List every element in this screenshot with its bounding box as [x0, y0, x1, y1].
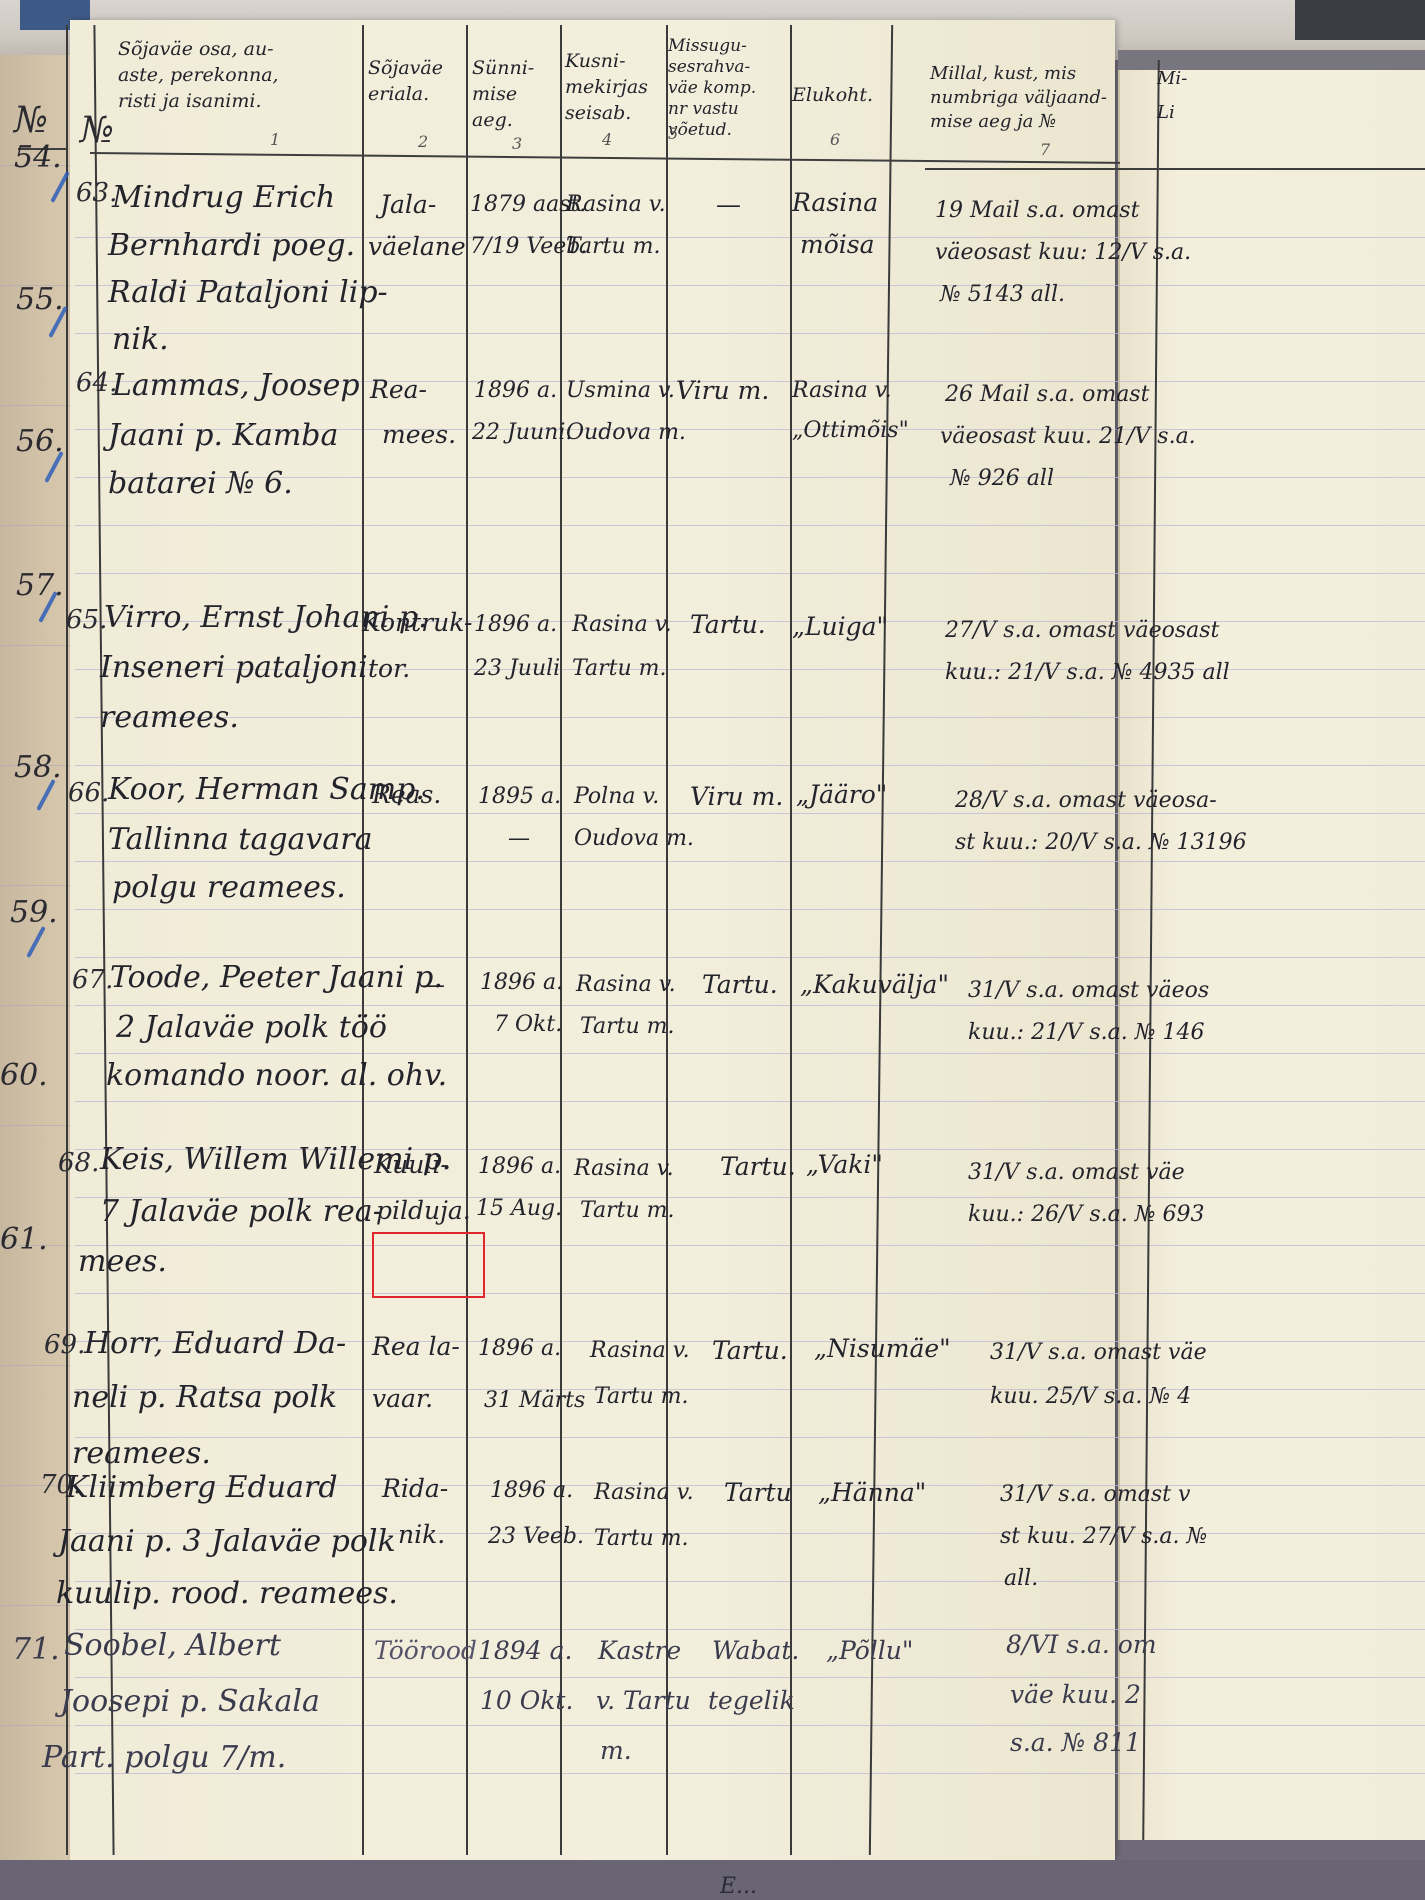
issued-info: № 926 all — [950, 466, 1054, 491]
row-number: 65. — [66, 605, 107, 635]
name-line: Horr, Eduard Da- — [84, 1326, 346, 1361]
specialty: pilduja. — [376, 1196, 471, 1225]
header-col3-number: 3 — [512, 134, 522, 153]
issued-info: 31/V s.a. omast väeos — [968, 978, 1209, 1003]
specialty: Reas. — [372, 780, 441, 809]
row-number: 66. — [68, 778, 109, 808]
listed-in: Oudova m. — [566, 420, 686, 445]
specialty: Kontruk- — [362, 608, 472, 637]
accepted-by: Tartu. — [712, 1336, 788, 1365]
residence: Rasina — [792, 188, 878, 217]
name-line: Bernhardi poeg. — [108, 228, 355, 263]
dark-corner — [1295, 0, 1425, 40]
issued-info: 8/VI s.a. om — [1006, 1630, 1157, 1659]
name-line: nik. — [112, 322, 169, 357]
residence: „Hänna" — [818, 1478, 926, 1507]
residence: „Jääro" — [796, 780, 887, 809]
name-line: komando noor. al. ohv. — [106, 1058, 447, 1093]
header-col1-number: 1 — [270, 130, 280, 149]
birth-date: 23 Veeb. — [488, 1524, 584, 1549]
header-col1: Sõjaväe osa, au- aste, perekonna, risti … — [118, 36, 279, 114]
listed-in: m. — [600, 1736, 632, 1765]
issued-info: kuu.: 26/V s.a. № 693 — [968, 1202, 1205, 1227]
residence: „Nisumäe" — [814, 1334, 951, 1363]
issued-info: 27/V s.a. omast väeosast — [945, 618, 1219, 643]
name-line: polgu reamees. — [112, 870, 346, 905]
residence: mõisa — [800, 230, 875, 259]
listed-in: Tartu m. — [594, 1384, 688, 1409]
outer-index-item: 56. — [16, 424, 64, 459]
listed-in: Rasina v. — [574, 1156, 674, 1181]
specialty: Jala- — [380, 190, 436, 219]
specialty: Rea la- — [372, 1332, 460, 1361]
name-line: Raldi Pataljoni lip- — [108, 275, 388, 310]
outer-index-item: 59. — [10, 895, 58, 930]
listed-in: Rasina v. — [594, 1480, 694, 1505]
accepted-by: tegelik — [708, 1686, 795, 1715]
header-col2: Sõjaväe eriala. — [368, 55, 443, 107]
name-line: 2 Jalaväe polk töö — [116, 1010, 387, 1045]
listed-in: Oudova m. — [574, 826, 694, 851]
issued-info: väeosast kuu. 21/V s.a. — [940, 424, 1196, 449]
accepted-by: Wabat. — [712, 1636, 799, 1665]
issued-info: kuu.: 21/V s.a. № 4935 all — [945, 660, 1230, 685]
listed-in: Tartu m. — [566, 234, 660, 259]
listed-in: v. Tartu — [596, 1686, 691, 1715]
name-line: reamees. — [72, 1436, 211, 1471]
issued-info: 31/V s.a. omast väe — [968, 1160, 1185, 1185]
accepted-by: Viru m. — [676, 376, 769, 405]
listed-in: Tartu m. — [580, 1014, 674, 1039]
header-col7-number: 7 — [1040, 140, 1050, 159]
issued-info: väe kuu. 2 — [1010, 1680, 1141, 1709]
birth-date: 31 Märts — [484, 1388, 585, 1413]
issued-info: kuu.: 21/V s.a. № 146 — [968, 1020, 1205, 1045]
issued-info: väeosast kuu: 12/V s.a. — [935, 240, 1191, 265]
residence: Rasina v. — [792, 378, 892, 403]
outer-index-item: 61. — [0, 1222, 48, 1257]
ledger-page-right — [1118, 50, 1425, 1840]
listed-in: Kastre — [598, 1636, 681, 1665]
issued-info: st kuu. 27/V s.a. № — [1000, 1524, 1207, 1549]
accepted-by: Tartu. — [702, 970, 778, 999]
birth-date: 1896 a. — [480, 970, 563, 995]
birth-date: 15 Aug. — [476, 1196, 562, 1221]
outer-index-item: 54. — [14, 140, 62, 175]
header-col2-number: 2 — [418, 132, 428, 151]
header-row-number: № — [80, 110, 114, 151]
name-line: Mindrug Erich — [112, 180, 335, 215]
specialty: mees. — [382, 420, 456, 449]
name-line: Kliimberg Eduard — [66, 1470, 338, 1505]
birth-date: 1896 a. — [478, 1336, 561, 1361]
name-line: neli p. Ratsa polk — [72, 1380, 337, 1415]
header-col5-number: 5 — [668, 124, 678, 143]
residence: „Ottimõis" — [792, 418, 909, 443]
listed-in: Tartu m. — [594, 1526, 688, 1551]
specialty: väelane — [368, 232, 466, 261]
outer-index-item: 57. — [16, 568, 64, 603]
desk-background-bottom: Е... — [0, 1860, 1425, 1900]
name-line: Toode, Peeter Jaani p. — [110, 960, 443, 995]
header-col4-number: 4 — [602, 130, 612, 149]
name-line: Part. polgu 7/m. — [42, 1740, 286, 1775]
listed-in: Rasina v. — [572, 612, 672, 637]
row-number: 69. — [44, 1330, 85, 1360]
name-line: Jaani p. Kamba — [108, 418, 338, 453]
residence: „Luiga" — [792, 612, 888, 641]
specialty: — — [420, 970, 445, 999]
specialty: Töörood — [374, 1636, 477, 1665]
name-line: Lammas, Joosep — [112, 368, 360, 403]
birth-date: 1895 a. — [478, 784, 561, 809]
residence: „Põllu" — [826, 1636, 913, 1665]
accepted-by: Tartu. — [690, 610, 766, 639]
birth-date: 23 Juuli — [474, 656, 560, 681]
birth-date: 1896 a. — [478, 1154, 561, 1179]
header-col3: Sünni- mise aeg. — [472, 55, 534, 133]
listed-in: Rasina v. — [566, 192, 666, 217]
specialty: vaar. — [372, 1384, 433, 1413]
issued-info: 31/V s.a. omast väe — [990, 1340, 1207, 1365]
name-line: Jaani p. 3 Jalaväe polk — [58, 1524, 396, 1559]
row-number: 67. — [72, 965, 113, 995]
header-col4: Kusni- mekirjas seisab. — [565, 48, 648, 126]
birth-date: — — [508, 826, 530, 851]
birth-date: 10 Okt. — [480, 1686, 573, 1715]
name-line: reamees. — [100, 700, 239, 735]
listed-in: Rasina v. — [590, 1338, 690, 1363]
name-line: Soobel, Albert — [64, 1628, 281, 1663]
outer-index-item: 55. — [16, 282, 64, 317]
issued-info: s.a. № 811 — [1010, 1728, 1141, 1757]
header-col6: Elukoht. — [792, 82, 873, 108]
issued-info: № 5143 all. — [940, 282, 1065, 307]
name-line: mees. — [78, 1244, 167, 1279]
accepted-by: — — [716, 190, 741, 219]
birth-date: 22 Juuni. — [472, 420, 572, 445]
listed-in: Rasina v. — [576, 972, 676, 997]
issued-info: st kuu.: 20/V s.a. № 13196 — [955, 830, 1247, 855]
issued-info: 26 Mail s.a. omast — [945, 382, 1149, 407]
bottom-scrawl: Е... — [720, 1874, 757, 1899]
birth-date: 1896 a. — [474, 378, 557, 403]
specialty: nik. — [398, 1520, 445, 1549]
birth-date: 1894 a. — [478, 1636, 572, 1665]
accepted-by: Tartu — [724, 1478, 792, 1507]
accepted-by: Viru m. — [690, 782, 783, 811]
outer-index-item: 60. — [0, 1058, 48, 1093]
name-line: Inseneri pataljoni — [100, 650, 368, 685]
specialty: Kuuli- — [374, 1150, 449, 1179]
birth-date: 1896 a. — [490, 1478, 573, 1503]
name-line: batarei № 6. — [108, 466, 293, 501]
header-col5: Missugu- sesrahva- väe komp. nr vastu võ… — [668, 36, 756, 141]
name-line: kuulip. rood. reamees. — [56, 1576, 398, 1611]
residence: „Kakuvälja" — [800, 970, 949, 999]
name-line: 7 Jalaväe polk rea- — [100, 1194, 383, 1229]
row-number: 71. — [12, 1632, 60, 1667]
name-line: Joosepi p. Sakala — [60, 1684, 320, 1719]
issued-info: all. — [1004, 1566, 1038, 1591]
issued-info: 19 Mail s.a. omast — [935, 198, 1139, 223]
name-line: Tallinna tagavara — [108, 822, 373, 857]
birth-date: 7 Okt. — [494, 1012, 562, 1037]
header-col7: Millal, kust, mis numbriga väljaand- mis… — [930, 62, 1107, 134]
listed-in: Usmina v. — [566, 378, 675, 403]
issued-info: kuu. 25/V s.a. № 4 — [990, 1384, 1191, 1409]
highlight-box — [372, 1232, 485, 1298]
header-col6-number: 6 — [830, 130, 840, 149]
listed-in: Tartu m. — [580, 1198, 674, 1223]
specialty: Rea- — [370, 375, 427, 404]
accepted-by: Tartu. — [720, 1152, 796, 1181]
row-number: 68. — [58, 1148, 99, 1178]
specialty: tor. — [368, 654, 410, 683]
listed-in: Polna v. — [574, 784, 659, 809]
residence: „Vaki" — [806, 1150, 883, 1179]
issued-info: 28/V s.a. omast väeosa- — [955, 788, 1217, 813]
issued-info: 31/V s.a. omast v — [1000, 1482, 1190, 1507]
listed-in: Tartu m. — [572, 656, 666, 681]
header-outer-index: № — [14, 100, 48, 141]
header-col8: Mi- Li — [1157, 62, 1187, 130]
specialty: Rida- — [382, 1474, 448, 1503]
birth-date: 1896 a. — [474, 612, 557, 637]
